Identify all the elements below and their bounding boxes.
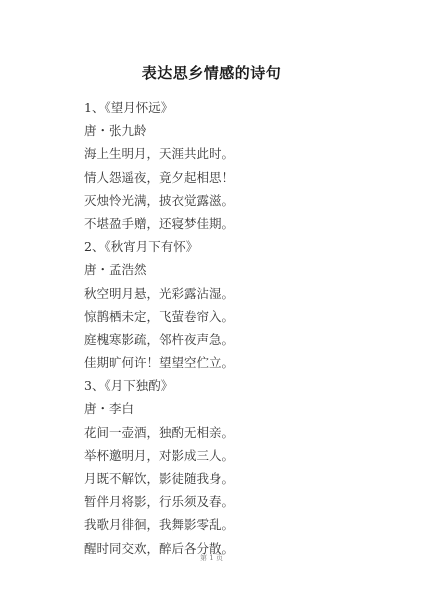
poem-line: 海上生明月，天涯共此时。: [84, 142, 344, 165]
poem-heading: 3、《月下独酌》: [84, 374, 344, 397]
poem-heading: 2、《秋宵月下有怀》: [84, 235, 344, 258]
poem-line: 花间一壶酒，独酌无相亲。: [84, 421, 344, 444]
poem-line: 灭烛怜光满，披衣觉露滋。: [84, 189, 344, 212]
poem-line: 暂伴月将影，行乐须及春。: [84, 490, 344, 513]
poem-line: 情人怨遥夜，竟夕起相思！: [84, 166, 344, 189]
document-body: 1、《望月怀远》 唐・张九龄 海上生明月，天涯共此时。 情人怨遥夜，竟夕起相思！…: [84, 96, 344, 560]
page-number: 第 1 页: [0, 553, 423, 563]
poem-heading: 1、《望月怀远》: [84, 96, 344, 119]
poem-author: 唐・张九龄: [84, 119, 344, 142]
poem-line: 我歌月徘徊，我舞影零乱。: [84, 513, 344, 536]
poem-line: 月既不解饮，影徒随我身。: [84, 467, 344, 490]
document-title: 表达思乡情感的诗句: [0, 62, 423, 83]
poem-author: 唐・李白: [84, 397, 344, 420]
poem-line: 惊鹊栖未定，飞萤卷帘入。: [84, 305, 344, 328]
poem-line: 秋空明月悬，光彩露沾湿。: [84, 282, 344, 305]
document-page: 表达思乡情感的诗句 1、《望月怀远》 唐・张九龄 海上生明月，天涯共此时。 情人…: [0, 0, 423, 600]
poem-line: 举杯邀明月，对影成三人。: [84, 444, 344, 467]
poem-line: 佳期旷何许！望望空伫立。: [84, 351, 344, 374]
poem-line: 不堪盈手赠，还寝梦佳期。: [84, 212, 344, 235]
poem-line: 庭槐寒影疏，邻杵夜声急。: [84, 328, 344, 351]
poem-author: 唐・孟浩然: [84, 258, 344, 281]
